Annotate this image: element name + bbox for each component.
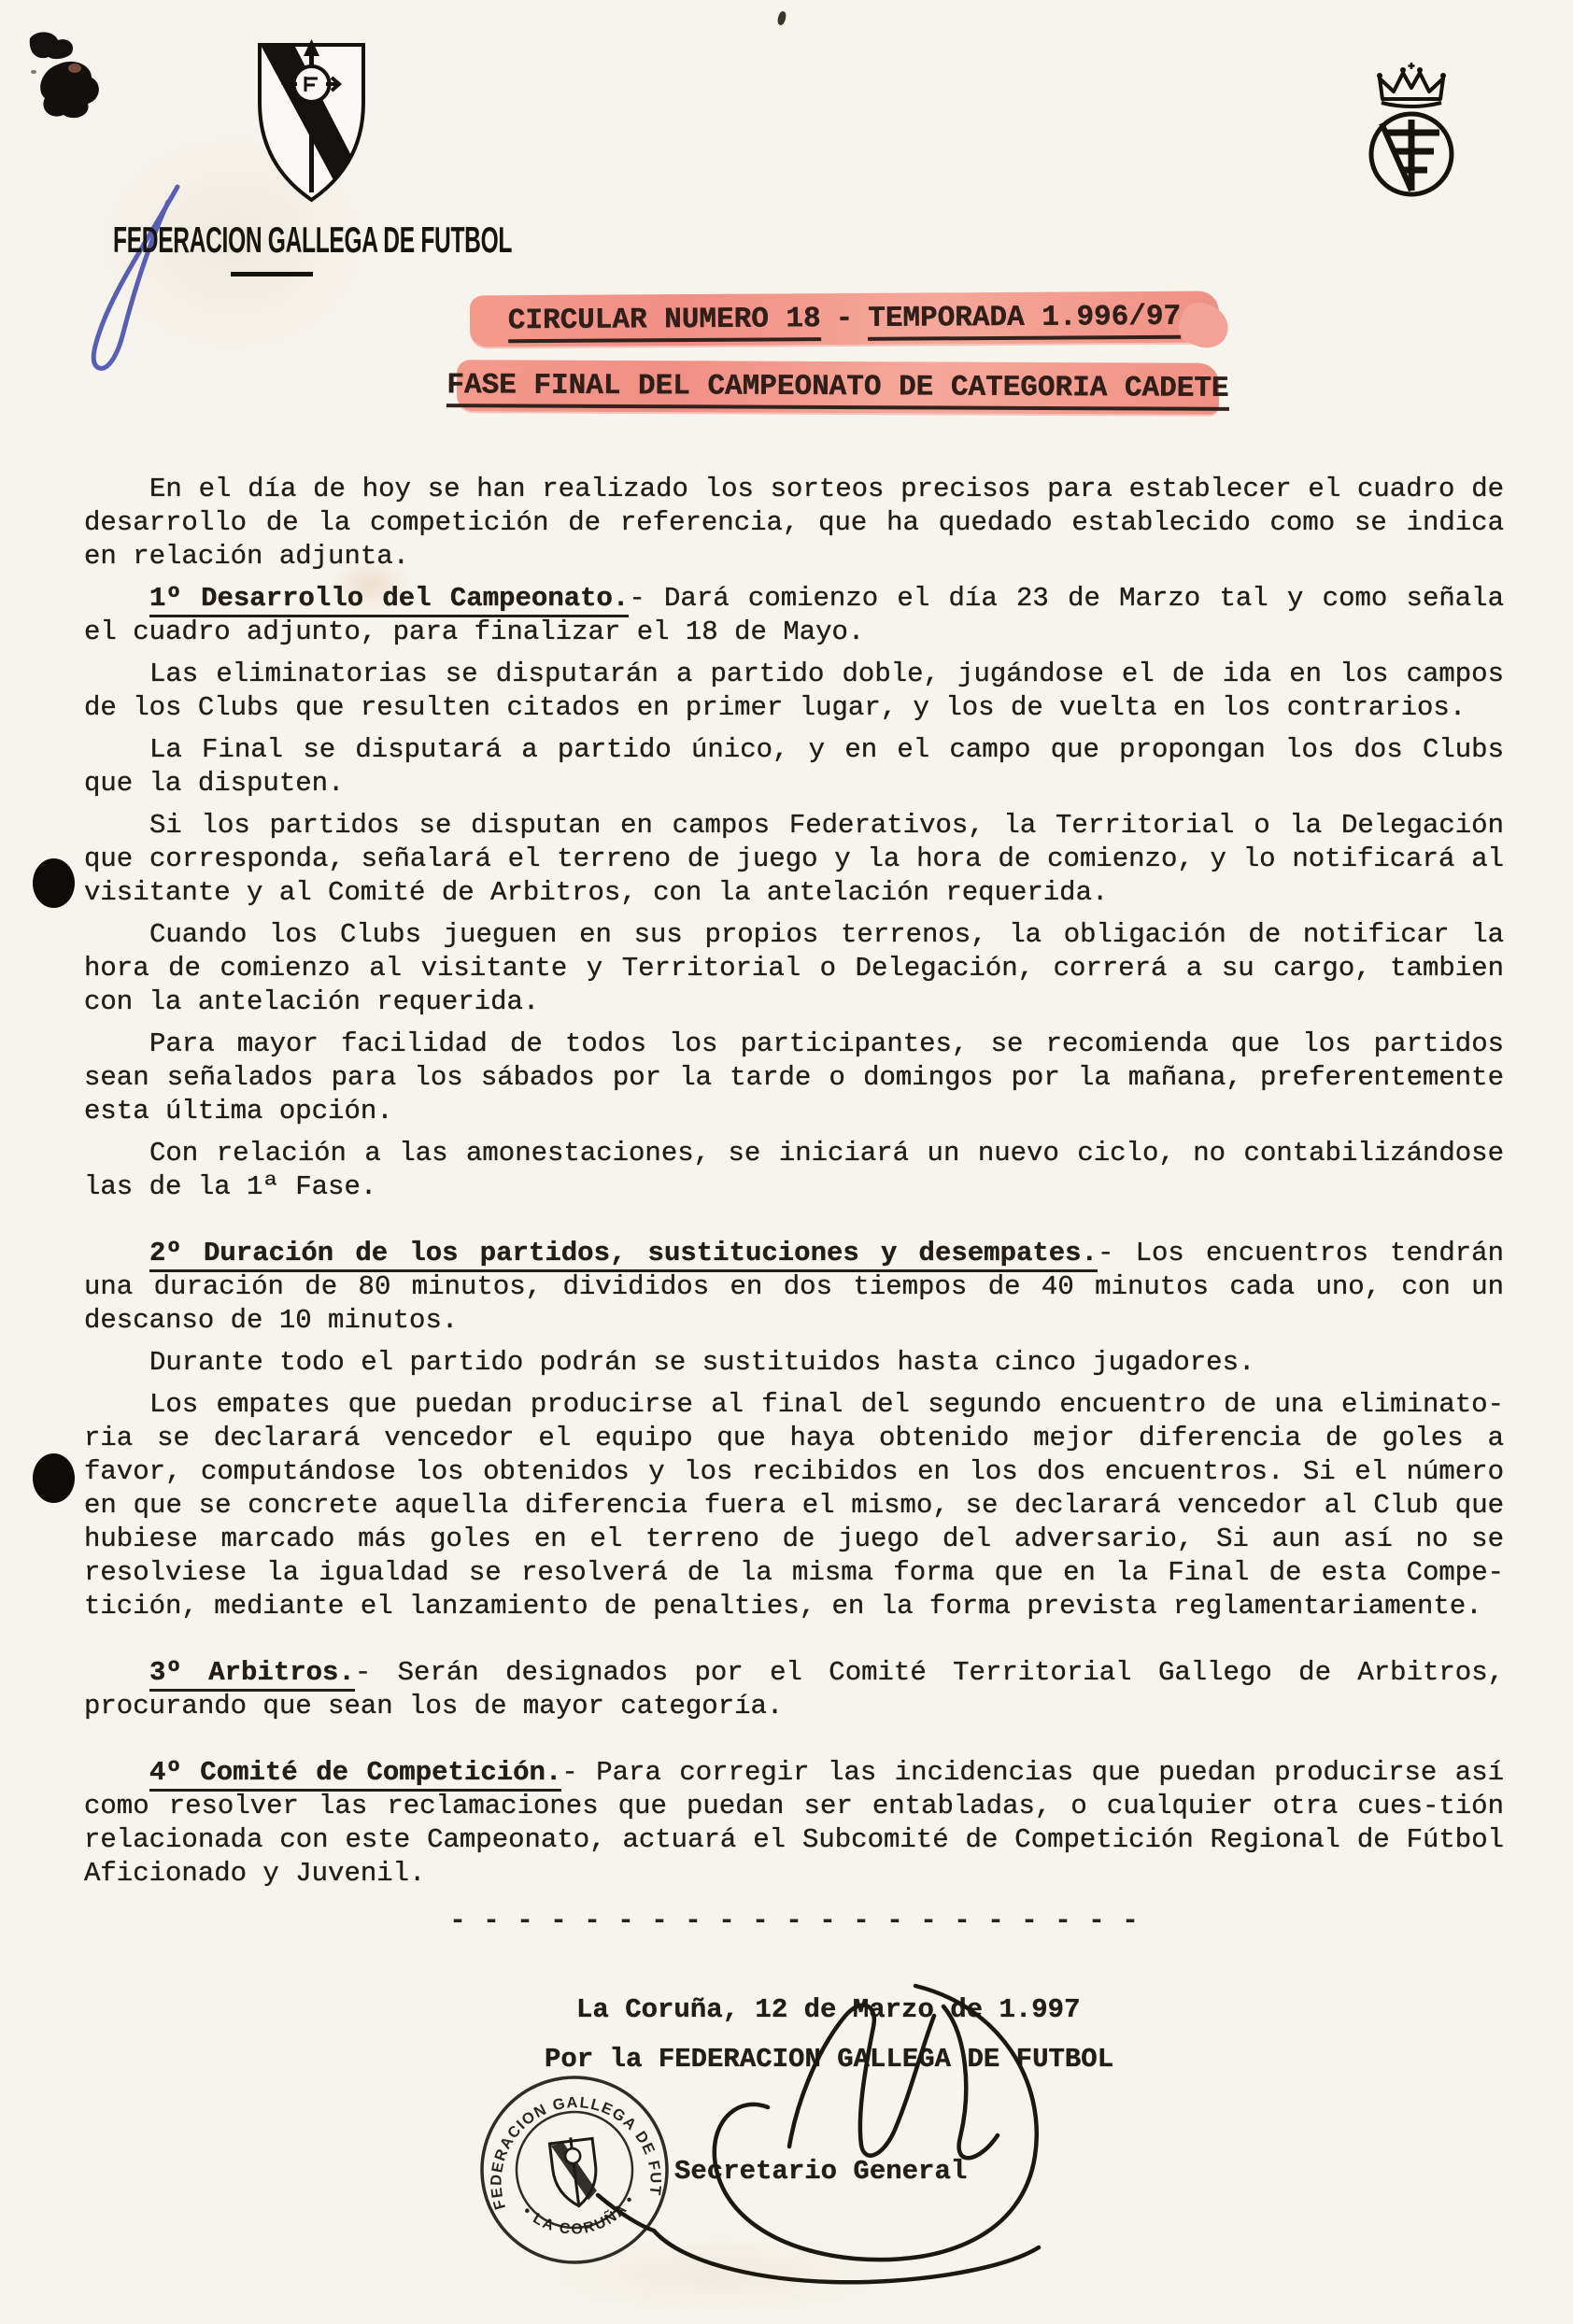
section-lead: 2º Duración de los partidos, sustitucion… — [149, 1238, 1098, 1272]
paragraph: Si los partidos se disputan en campos Fe… — [84, 809, 1504, 910]
paragraph-text: Cuando los Clubs jueguen en sus propios … — [84, 919, 1504, 1017]
paragraph-text: La Final se disputará a partido único, y… — [84, 734, 1504, 799]
signature — [523, 1960, 1084, 2315]
section-lead: 3º Arbitros. — [149, 1657, 355, 1692]
paragraph-text: Los empates que puedan producirse al fin… — [84, 1389, 1504, 1622]
paragraph-text: Con relación a las amonestaciones, se in… — [84, 1138, 1504, 1202]
circular-number: CIRCULAR NUMERO 18 — [508, 303, 821, 343]
section-lead: 4º Comité de Competición. — [149, 1757, 561, 1792]
blue-pen-mark — [37, 148, 215, 390]
paragraph-text: Las eliminatorias se disputarán a partid… — [84, 659, 1504, 723]
paragraph-text: En el día de hoy se han realizado los so… — [84, 474, 1504, 572]
paragraph: Los empates que puedan producirse al fin… — [84, 1388, 1504, 1623]
ink-speck — [776, 10, 786, 25]
paragraph: Cuando los Clubs jueguen en sus propios … — [84, 918, 1504, 1019]
highlight-band-subject: FASE FINAL DEL CAMPEONATO DE CATEGORIA C… — [457, 360, 1219, 415]
org-name: FEDERACION GALLEGA DE FUTBOL — [113, 220, 512, 262]
section-dash: - — [355, 1657, 398, 1688]
section-dash: - — [1098, 1238, 1136, 1268]
ink-smudge — [17, 23, 120, 126]
paragraph: Para mayor facilidad de todos los partic… — [84, 1027, 1504, 1128]
title-separator: - — [836, 303, 854, 335]
document-body: En el día de hoy se han realizado los so… — [84, 473, 1504, 1899]
title-line-2: FASE FINAL DEL CAMPEONATO DE CATEGORIA C… — [446, 369, 1228, 405]
paragraph: 1º Desarrollo del Campeonato.- Dará comi… — [84, 582, 1504, 649]
paragraph-text: Si los partidos se disputan en campos Fe… — [84, 810, 1504, 908]
paragraph: La Final se disputará a partido único, y… — [84, 733, 1504, 801]
section-dash: - — [629, 583, 664, 614]
section-dash: - — [561, 1757, 596, 1788]
highlight-band-circular: CIRCULAR NUMERO 18-TEMPORADA 1.996/97 — [470, 291, 1219, 347]
org-name-underline — [231, 272, 313, 276]
title-line-1: CIRCULAR NUMERO 18-TEMPORADA 1.996/97 — [508, 301, 1182, 337]
crown-monogram-logo — [1353, 62, 1474, 206]
paragraph-text: Para mayor facilidad de todos los partic… — [84, 1028, 1504, 1127]
paragraph: 4º Comité de Competición.- Para corregir… — [84, 1756, 1504, 1891]
section-lead: 1º Desarrollo del Campeonato. — [149, 583, 629, 617]
paragraph: En el día de hoy se han realizado los so… — [84, 473, 1504, 574]
scanned-letter-page: FEDERACION GALLEGA DE FUTBOL CIRCULAR NU… — [0, 0, 1573, 2324]
federation-shield-logo — [248, 35, 375, 208]
dashed-divider: - - - - - - - - - - - - - - - - - - - - … — [84, 1906, 1504, 1937]
hole-punch-mark — [33, 1453, 75, 1503]
paragraph: Con relación a las amonestaciones, se in… — [84, 1137, 1504, 1204]
paragraph: Las eliminatorias se disputarán a partid… — [84, 658, 1504, 725]
paragraph: 2º Duración de los partidos, sustitucion… — [84, 1237, 1504, 1338]
paragraph-text: Durante todo el partido podrán se sustit… — [149, 1347, 1254, 1378]
paragraph: Durante todo el partido podrán se sustit… — [84, 1346, 1504, 1380]
season-label: TEMPORADA 1.996/97 — [868, 301, 1181, 341]
subject-label: FASE FINAL DEL CAMPEONATO DE CATEGORIA C… — [446, 369, 1228, 411]
hole-punch-mark — [33, 858, 75, 908]
paragraph: 3º Arbitros.- Serán designados por el Co… — [84, 1656, 1504, 1723]
